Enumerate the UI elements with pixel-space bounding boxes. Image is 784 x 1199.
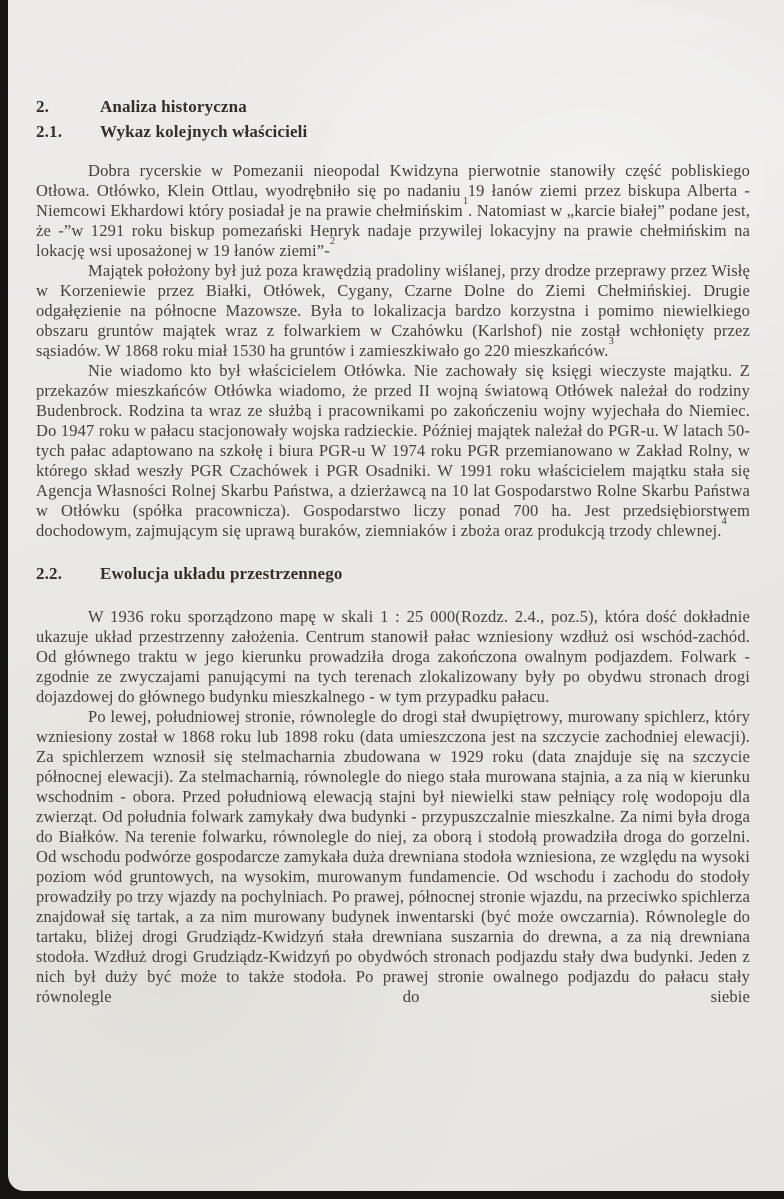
footnote-ref-4: 4 [721,516,726,527]
scanned-page: 2. Analiza historyczna 2.1. Wykaz kolejn… [0,0,784,1199]
section-heading-group: 2. Analiza historyczna 2.1. Wykaz kolejn… [36,94,750,144]
footnote-ref-3: 3 [609,336,614,347]
paragraph-map-1936: W 1936 roku sporządzono mapę w skali 1 :… [36,607,750,707]
heading-2-1-title: Wykaz kolejnych właścicieli [100,119,750,144]
footnote-ref-2: 2 [330,236,335,247]
paragraph-text: Majątek położony był już poza krawędzią … [36,261,750,360]
heading-2-1-number: 2.1. [36,119,100,144]
page-content: 2. Analiza historyczna 2.1. Wykaz kolejn… [36,0,750,1007]
heading-2-1: 2.1. Wykaz kolejnych właścicieli [36,119,750,144]
paragraph-farm-buildings: Po lewej, południowej stronie, równolegl… [36,707,750,1007]
heading-2-number: 2. [36,94,100,119]
paragraph-ownership-history: Nie wiadomo kto był właścicielem Otłówka… [36,361,750,541]
paragraph-text: W 1936 roku sporządzono mapę w skali 1 :… [36,607,750,706]
heading-2-title: Analiza historyczna [100,94,750,119]
heading-2-2-number: 2.2. [36,561,100,586]
paragraph-owners-origin: Dobra rycerskie w Pomezanii nieopodal Kw… [36,161,750,261]
paragraph-text: Nie wiadomo kto był właścicielem Otłówka… [36,361,750,540]
paragraph-location: Majątek położony był już poza krawędzią … [36,261,750,361]
heading-2-2: 2.2. Ewolucja układu przestrzennego [36,561,750,586]
paragraph-text: Po lewej, południowej stronie, równolegl… [36,707,750,1006]
heading-2: 2. Analiza historyczna [36,94,750,119]
heading-2-2-title: Ewolucja układu przestrzennego [100,561,750,586]
footnote-ref-1: 1 [463,196,468,207]
